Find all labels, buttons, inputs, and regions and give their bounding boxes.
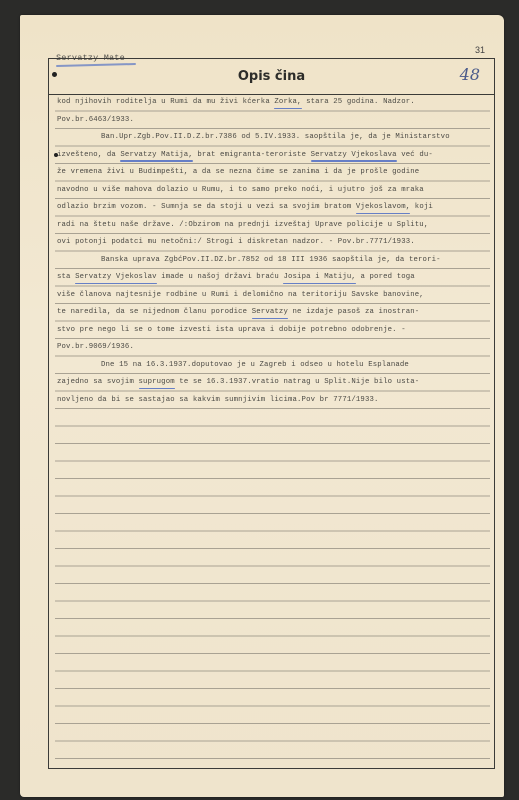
text-line: zajedno sa svojim suprugom te se 16.3.19… [57, 374, 490, 392]
text-line: sta Servatzy Vjekoslav imade u našoj drž… [57, 269, 490, 287]
text-line: Banska uprava ZgbćPov.II.DZ.br.7852 od 1… [57, 252, 490, 270]
text-line: kod njihovih roditelja u Rumi da mu živi… [57, 94, 490, 112]
text-line: izvešteno, da Servatzy Matija, brat emig… [57, 147, 490, 165]
form-frame: Opis čina 48 kod njihovih roditelja u Ru… [48, 58, 495, 769]
folio-number: 48 [460, 65, 480, 84]
text-line: že vremena živi u Budimpešti, a da se ne… [57, 164, 490, 182]
page-title: Opis čina [49, 69, 494, 84]
text-line: Dne 15 na 16.3.1937.doputovao je u Zagre… [57, 357, 490, 375]
text-line: Ban.Upr.Zgb.Pov.II.D.Z.br.7386 od 5.IV.1… [57, 129, 490, 147]
page-number-small: 31 [475, 45, 485, 55]
text-line: ovi potonji podatci mu netočni:/ Strogi … [57, 234, 490, 252]
text-line: novljeno da bi se sastajao sa kakvim sum… [57, 392, 490, 410]
typed-text-body: kod njihovih roditelja u Rumi da mu živi… [57, 94, 490, 409]
punch-hole-icon [54, 153, 58, 157]
text-line: te naredila, da se nijednom članu porodi… [57, 304, 490, 322]
document-page: 31 Servatzy Mate Opis čina 48 kod njihov… [20, 15, 504, 797]
text-line: radi na štetu naše države. /:Obzirom na … [57, 217, 490, 235]
text-line: Pov.br.6463/1933. [57, 112, 490, 130]
text-line: Pov.br.9069/1936. [57, 339, 490, 357]
text-line: odlazio brzim vozom. - Sumnja se da stoj… [57, 199, 490, 217]
text-line: stvo pre nego li se o tome izvesti ista … [57, 322, 490, 340]
title-row: Opis čina 48 [49, 59, 494, 95]
text-line: više članova najtesnije rodbine u Rumi i… [57, 287, 490, 305]
text-line: navodno u više mahova dolazio u Rumu, i … [57, 182, 490, 200]
